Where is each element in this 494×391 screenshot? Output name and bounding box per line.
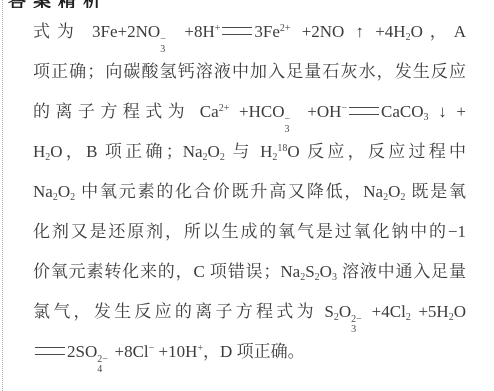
text-run: +2NO ↑ +4H xyxy=(291,22,406,41)
text-run: +OH xyxy=(298,102,342,121)
text-run: 既是氧 xyxy=(405,182,466,201)
text-run: O，A xyxy=(411,22,466,41)
superscript: 2+ xyxy=(219,103,230,114)
text-line: 2SO2−4 +8Cl− +10H+，D 项正确。 xyxy=(33,332,466,372)
text-run: 2SO xyxy=(67,342,97,361)
text-run: O，B 项正确；Na xyxy=(50,142,202,161)
text-run: +8H xyxy=(173,22,215,41)
text-run: 价氧元素转化来的，C 项错误；Na xyxy=(33,262,300,281)
text-run: 中氧元素的化合价既升高又降低，Na xyxy=(75,182,383,201)
text-line: Na2O2 中氧元素的化合价既升高又降低，Na2O2 既是氧 xyxy=(33,172,466,212)
text-run: O xyxy=(454,302,466,321)
clipped-heading: 答案精析 xyxy=(8,0,188,8)
text-block: 式为 3Fe+2NO−3 +8H+3Fe2+ +2NO ↑ +4H2O，A项正确… xyxy=(33,12,466,372)
text-run: CaCO xyxy=(381,102,424,121)
text-line: H2O，B 项正确；Na2O2 与 H218O 反应，反应过程中 xyxy=(33,132,466,172)
text-run: 项正确；向碳酸氢钙溶液中加入足量石灰水，发生反应 xyxy=(33,62,466,81)
text-run: 式为 3Fe+2NO xyxy=(33,22,160,41)
double-line-equals xyxy=(35,347,65,355)
superscript: 2+ xyxy=(280,23,291,34)
text-line: 化剂又是还原剂，所以生成的氧气是过氧化钠中的−1 xyxy=(33,212,466,252)
text-run: 的离子方程式为 Ca xyxy=(33,102,219,121)
superscript: − xyxy=(341,103,347,114)
double-line-equals xyxy=(222,27,252,35)
double-line-equals xyxy=(349,107,379,115)
text-run: 与 H xyxy=(225,142,273,161)
text-run: +10H xyxy=(154,342,197,361)
text-run: O 反应，反应过程中 xyxy=(287,142,466,161)
superscript: + xyxy=(215,23,221,34)
text-line: 项正确；向碳酸氢钙溶液中加入足量石灰水，发生反应 xyxy=(33,52,466,92)
text-run: 化剂又是还原剂，所以生成的氧气是过氧化钠中的−1 xyxy=(33,222,466,241)
dotted-left-edge xyxy=(2,0,3,391)
scanned-document-page: 答案精析 式为 3Fe+2NO−3 +8H+3Fe2+ +2NO ↑ +4H2O… xyxy=(0,0,494,391)
text-run: 3Fe xyxy=(254,22,280,41)
text-line: 式为 3Fe+2NO−3 +8H+3Fe2+ +2NO ↑ +4H2O，A xyxy=(33,12,466,52)
text-run: +4Cl xyxy=(364,302,406,321)
text-run: 溶液中通入足量 xyxy=(337,262,466,281)
text-run: ↓ + xyxy=(429,102,466,121)
text-run: 氯气，发生反应的离子方程式为 S xyxy=(33,302,334,321)
clipped-heading-text: 答案精析 xyxy=(8,0,188,8)
stacked-script: 2−4 xyxy=(97,355,110,375)
text-run: O xyxy=(208,142,220,161)
superscript: 18 xyxy=(277,143,287,154)
text-line: 氯气，发生反应的离子方程式为 S2O2−3 +4Cl2 +5H2O xyxy=(33,292,466,332)
text-run: H xyxy=(33,142,45,161)
text-run: O xyxy=(339,302,351,321)
text-run: +8Cl xyxy=(110,342,148,361)
text-line: 的离子方程式为 Ca2+ +HCO−3 +OH−CaCO3 ↓ + xyxy=(33,92,466,132)
text-run: +5H xyxy=(411,302,449,321)
text-run: S xyxy=(305,262,314,281)
text-run: O xyxy=(320,262,332,281)
text-run: ，D 项正确。 xyxy=(203,342,305,361)
stacked-script: 2−3 xyxy=(351,315,364,335)
text-run: O xyxy=(388,182,400,201)
text-run: +HCO xyxy=(229,102,284,121)
text-line: 价氧元素转化来的，C 项错误；Na2S2O3 溶液中通入足量 xyxy=(33,252,466,292)
text-run: Na xyxy=(33,182,53,201)
text-run: O xyxy=(58,182,70,201)
